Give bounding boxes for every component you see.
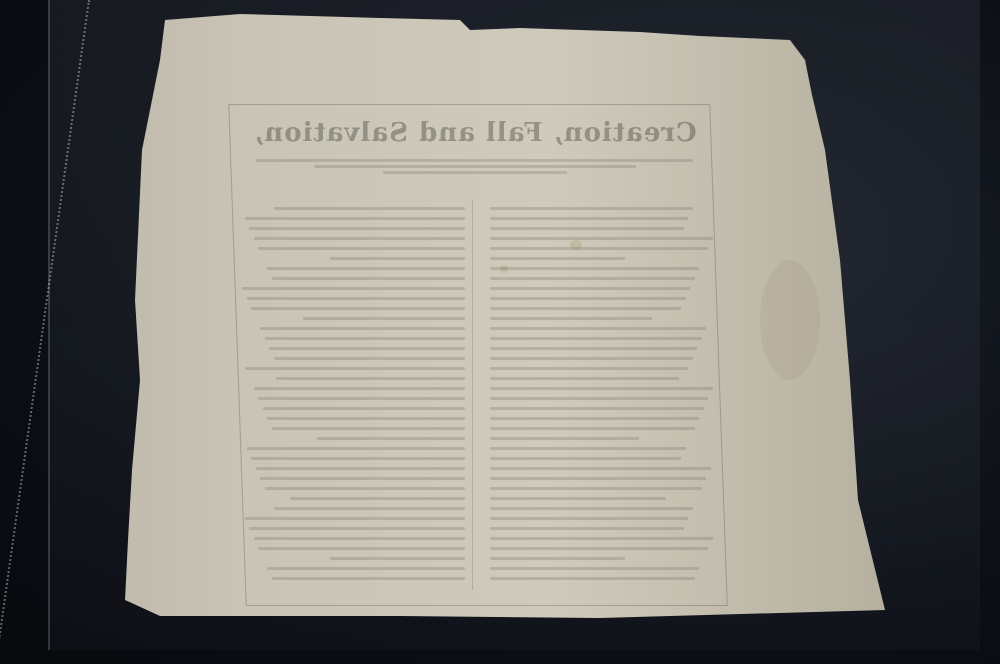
text-column-left	[240, 200, 465, 587]
text-line	[256, 467, 465, 470]
text-line	[249, 527, 465, 530]
text-line	[490, 257, 625, 260]
text-line	[490, 207, 693, 210]
text-line	[247, 297, 465, 300]
text-column-right	[490, 200, 715, 587]
text-line	[490, 377, 679, 380]
text-line	[490, 437, 639, 440]
text-line	[330, 257, 465, 260]
text-line	[274, 507, 465, 510]
text-line	[490, 327, 706, 330]
text-line	[490, 337, 702, 340]
text-line	[490, 387, 713, 390]
text-line	[258, 547, 465, 550]
text-line	[490, 577, 695, 580]
text-line	[490, 217, 688, 220]
text-line	[242, 287, 465, 290]
text-line	[490, 317, 652, 320]
text-line	[258, 247, 465, 250]
text-line	[245, 517, 466, 520]
text-line	[490, 297, 686, 300]
text-line	[245, 217, 466, 220]
text-line	[490, 457, 681, 460]
text-line	[274, 207, 465, 210]
text-line	[490, 227, 684, 230]
document-title: Creation, Fall and Salvation,	[245, 118, 705, 148]
text-line	[254, 537, 466, 540]
text-line	[490, 497, 666, 500]
text-line	[490, 567, 699, 570]
text-line	[490, 447, 686, 450]
text-line	[490, 277, 695, 280]
text-line	[490, 487, 702, 490]
text-line	[267, 567, 465, 570]
text-line	[490, 427, 695, 430]
text-line	[272, 427, 466, 430]
text-line	[490, 307, 681, 310]
text-line	[490, 267, 699, 270]
text-line	[251, 457, 465, 460]
text-line	[303, 317, 465, 320]
text-line	[330, 557, 465, 560]
text-line	[490, 467, 711, 470]
text-line	[249, 227, 465, 230]
text-line	[317, 437, 466, 440]
text-line	[263, 407, 466, 410]
text-line	[251, 307, 465, 310]
text-line	[490, 537, 713, 540]
text-line	[290, 497, 466, 500]
text-line	[247, 447, 465, 450]
text-line	[258, 397, 465, 400]
text-line	[490, 517, 688, 520]
text-line	[490, 287, 690, 290]
text-line	[254, 237, 466, 240]
text-line	[254, 387, 466, 390]
text-line	[260, 327, 465, 330]
document-subtitle	[245, 156, 705, 177]
water-stain	[760, 260, 820, 380]
text-line	[272, 577, 466, 580]
text-line	[490, 247, 708, 250]
text-line	[490, 547, 708, 550]
text-line	[276, 377, 465, 380]
text-line	[274, 357, 465, 360]
text-line	[490, 417, 699, 420]
text-line	[490, 367, 688, 370]
text-line	[490, 237, 713, 240]
text-line	[490, 557, 625, 560]
text-line	[490, 397, 708, 400]
text-line	[269, 347, 465, 350]
text-line	[272, 277, 466, 280]
text-line	[490, 527, 684, 530]
text-line	[490, 357, 693, 360]
column-rule	[472, 200, 473, 590]
text-line	[490, 477, 706, 480]
text-line	[490, 347, 697, 350]
text-line	[490, 507, 693, 510]
text-line	[490, 407, 704, 410]
text-line	[265, 337, 465, 340]
text-line	[265, 487, 465, 490]
text-line	[260, 477, 465, 480]
text-line	[267, 267, 465, 270]
text-line	[245, 367, 466, 370]
text-line	[267, 417, 465, 420]
